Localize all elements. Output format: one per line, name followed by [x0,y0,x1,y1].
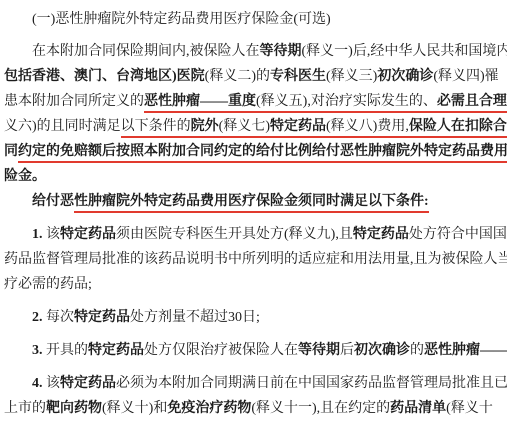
text-run: 药品清单 [390,401,446,416]
text-run: (释义一)后,经中华人民共和国境内 [302,44,508,59]
text-run: 必须为本附加合同期满日前在中国国家药品监督管理局批准且已在中国 [116,376,507,391]
text-run: 疗必需的药品; [4,277,92,292]
text-run: (一)恶性肿瘤院外特定药品费用医疗保险金(可选) [32,12,331,27]
text-run: 须由医院专科医生开具处方(释义九),且 [116,227,353,242]
text-line: 患本附加合同所定义的恶性肿瘤——重度(释义五),对治疗实际发生的、必需且合理(释 [4,89,507,114]
text-run: (释义十 [446,401,493,416]
text-line: 疗必需的药品; [4,272,507,297]
text-run: 患本附加合同所定义的 [4,94,144,109]
text-run: 同 [4,144,18,159]
text-line: 上市的靶向药物(释义十)和免疫治疗药物(释义十一),且在约定的药品清单(释义十 [4,396,507,421]
text-run: (释义四)罹 [433,69,498,84]
condition-item-2: 2. 每次特定药品处方剂量不超过30日; [4,305,507,330]
text-line: 在本附加合同保险期间内,被保险人在等待期(释义一)后,经中华人民共和国境内(不 [4,39,507,64]
clause-paragraph: 在本附加合同保险期间内,被保险人在等待期(释义一)后,经中华人民共和国境内(不包… [4,39,507,189]
text-run: 处方符合中国国家 [409,227,507,242]
text-run: 该 [46,376,60,391]
text-run: 给付恶 [32,194,74,209]
condition-item-3: 3. 开具的特定药品处方仅限治疗被保险人在等待期后初次确诊的恶性肿瘤——重度; [4,338,507,363]
text-run: 等待期 [260,44,302,59]
text-line: (一)恶性肿瘤院外特定药品费用医疗保险金(可选) [4,7,507,32]
text-run: 药品监督管理局批准的该药品说明书中所列明的适应症和用法用量,且为被保险人当前治 [4,252,507,267]
text-run: 开具的 [46,343,88,358]
text-run: 1. [32,227,46,242]
red-underlined-text: 院外 [191,119,219,138]
text-run: 特定药品 [88,343,144,358]
text-run: 2. [32,310,46,325]
red-underlined-text: 特定药品 [270,119,326,138]
text-run: 在本附加合同保险期间内,被保险人在 [32,44,260,59]
text-line: 同约定的免赔额后按照本附加合同约定的给付比例给付恶性肿瘤院外特定药品费用医疗保 [4,139,507,164]
red-underlined-text: 恶性肿瘤——重度 [144,94,256,113]
red-underlined-text: (释义七) [219,119,270,138]
text-run: 后 [340,343,354,358]
red-underlined-text: 性肿瘤院外特定药品费用医疗保险金须同时满足以下条件: [74,194,429,213]
text-run: 处方剂量不超过30日; [130,310,260,325]
text-run: 处方仅限治疗被保险人在 [144,343,298,358]
document-page: (一)恶性肿瘤院外特定药品费用医疗保险金(可选)在本附加合同保险期间内,被保险人… [0,0,511,422]
text-line: 义六)的且同时满足以下条件的院外(释义七)特定药品(释义八)费用,保险人在扣除合 [4,114,507,139]
condition-item-1: 1. 该特定药品须由医院专科医生开具处方(释义九),且特定药品处方符合中国国家药… [4,222,507,297]
text-line: 1. 该特定药品须由医院专科医生开具处方(释义九),且特定药品处方符合中国国家 [4,222,507,247]
text-run: 等待期 [298,343,340,358]
text-run: (释义三) [326,69,377,84]
text-line: 险金。 [4,164,507,189]
text-run: 靶向药物 [46,401,102,416]
text-run: 恶性肿瘤——重度 [424,343,507,358]
text-line: 2. 每次特定药品处方剂量不超过30日; [4,305,507,330]
text-line: 药品监督管理局批准的该药品说明书中所列明的适应症和用法用量,且为被保险人当前治 [4,247,507,272]
text-run: 险金。 [4,169,46,184]
text-run: 特定药品 [74,310,130,325]
red-underlined-text: 必需且合理 [437,94,507,113]
text-line: 4. 该特定药品必须为本附加合同期满日前在中国国家药品监督管理局批准且已在中国 [4,371,507,396]
text-run: 3. [32,343,46,358]
red-underlined-text: 以下条件的 [121,119,191,138]
red-underlined-text: (释义八)费用, [326,119,409,138]
doc-title: (一)恶性肿瘤院外特定药品费用医疗保险金(可选) [4,7,507,32]
condition-item-4: 4. 该特定药品必须为本附加合同期满日前在中国国家药品监督管理局批准且已在中国上… [4,371,507,421]
text-line: 给付恶性肿瘤院外特定药品费用医疗保险金须同时满足以下条件: [4,189,507,214]
text-run: 义六)的且同时满足 [4,119,121,134]
text-line: 包括香港、澳门、台湾地区)医院(释义二)的专科医生(释义三)初次确诊(释义四)罹 [4,64,507,89]
text-run: 每次 [46,310,74,325]
text-line: 3. 开具的特定药品处方仅限治疗被保险人在等待期后初次确诊的恶性肿瘤——重度; [4,338,507,363]
red-underlined-text: 保险人在扣除合 [409,119,507,138]
text-run: 初次确诊 [354,343,410,358]
conditions-heading: 给付恶性肿瘤院外特定药品费用医疗保险金须同时满足以下条件: [4,189,507,214]
text-run: 上市的 [4,401,46,416]
text-run: 特定药品 [60,227,116,242]
text-run: 包括香港、澳门、台湾地区)医院 [4,69,205,84]
text-run: (释义二)的 [205,69,270,84]
text-run: 特定药品 [60,376,116,391]
text-run: 特定药品 [353,227,409,242]
red-underlined-text: 约定的免赔额后按照本附加合同约定的给付比例给付恶性肿瘤院外特定药品费用医疗保 [18,144,507,163]
text-run: 初次确诊 [377,69,433,84]
red-underlined-text: (释义五),对治疗实际发生的、 [256,94,437,113]
text-run: 的 [410,343,424,358]
text-run: (释义十)和 [102,401,167,416]
text-run: 专科医生 [270,69,326,84]
document-body: (一)恶性肿瘤院外特定药品费用医疗保险金(可选)在本附加合同保险期间内,被保险人… [4,7,507,421]
text-run: 4. [32,376,46,391]
text-run: (释义十一),且在约定的 [251,401,390,416]
text-run: 免疫治疗药物 [167,401,251,416]
text-run: 该 [46,227,60,242]
